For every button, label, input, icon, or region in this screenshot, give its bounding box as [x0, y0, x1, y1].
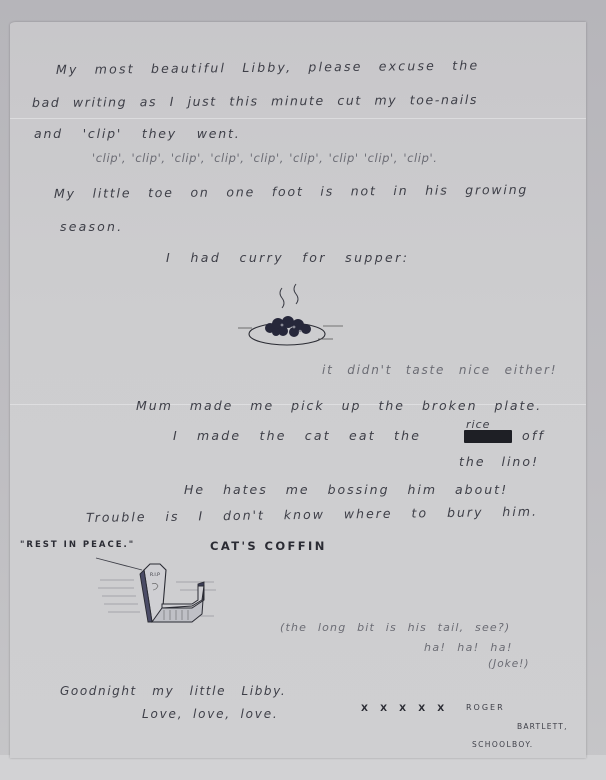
letter-line-3: and 'clip' they went. [34, 126, 240, 141]
signature-last-name: BARTLETT, [517, 722, 568, 731]
table-surface [0, 755, 606, 780]
postscript-joke: (Joke!) [488, 658, 529, 670]
letter-line-12: He hates me bossing him about! [184, 482, 508, 497]
curry-plate-drawing [238, 282, 348, 352]
letter-line-8: it didn't taste nice either! [322, 363, 557, 377]
rest-in-peace-caption: "REST IN PEACE." [20, 540, 135, 550]
svg-text:R.I.P: R.I.P [150, 572, 160, 578]
postscript-laugh: ha! ha! ha! [424, 641, 513, 654]
letter-line-9: Mum made me pick up the broken plate. [136, 398, 542, 413]
kisses: X X X X X [361, 704, 447, 714]
letter-line-7: I had curry for supper: [166, 250, 409, 265]
letter-line-10-end: off [522, 428, 545, 443]
cats-coffin-title: CAT'S COFFIN [210, 539, 327, 553]
postscript-tail-note: (the long bit is his tail, see?) [280, 621, 510, 634]
letter-line-10-start: I made the cat eat the [173, 428, 421, 443]
letter-line-11: the lino! [459, 454, 539, 469]
signature-first-name: ROGER [466, 703, 505, 712]
letter-line-6: season. [60, 219, 123, 234]
cats-coffin-drawing: R.I.P [94, 556, 224, 628]
signature-title: SCHOOLBOY. [472, 740, 534, 749]
letter-clips-line: 'clip', 'clip', 'clip', 'clip', 'clip', … [92, 151, 438, 165]
love-line: Love, love, love. [142, 707, 279, 721]
letter-line-2: bad writing as I just this minute cut my… [32, 92, 478, 110]
goodnight-line: Goodnight my little Libby. [60, 684, 286, 698]
paper-fold-line [10, 118, 586, 119]
scribbled-out-word [464, 430, 512, 443]
